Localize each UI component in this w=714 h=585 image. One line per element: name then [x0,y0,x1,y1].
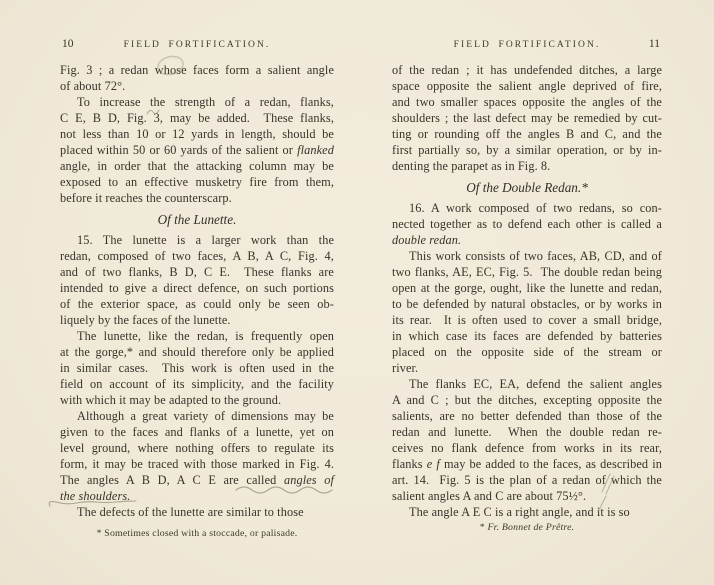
text-line: exposed to an effective musketry fire fr… [60,174,334,190]
text-line: with which it may be adapted to the grou… [60,392,334,408]
running-header: FIELD FORTIFICATION. [392,38,662,50]
text-line: not less than 10 or 12 yards in length, … [60,126,334,142]
text-line: denting the parapet as in Fig. 8. [392,158,662,174]
text-line: C E, B D, Fig. 3, may be added. These fl… [60,110,334,126]
text-line: placed on the opposite side of the strea… [392,344,662,360]
text-line: Although a great variety of dimensions m… [60,408,334,424]
text-line: nected together as to defend each other … [392,216,662,232]
text-line: flanks e f may be added to the faces, as… [392,456,662,472]
text-line: This work consists of two faces, AB, CD,… [392,248,662,264]
text-line: first partially so, by a similar operati… [392,142,662,158]
text-line: of the redan ; it has undefended ditches… [392,62,662,78]
text-line: shoulders ; the last defect may be remed… [392,110,662,126]
page-number: 11 [649,38,660,50]
text-line: To increase the strength of a redan, fla… [60,94,334,110]
text-line: The angle A E C is a right angle, and it… [392,504,662,520]
page-header: 10 FIELD FORTIFICATION. [60,38,334,54]
text-line: river. [392,360,662,376]
text-line: in similar cases. This work is often use… [60,360,334,376]
book-scan-spread: 10 FIELD FORTIFICATION. Fig. 3 ; a redan… [0,0,714,585]
page-body: of the redan ; it has undefended ditches… [392,62,662,520]
running-header: FIELD FORTIFICATION. [60,38,334,50]
page-body: Fig. 3 ; a redan whose faces form a sali… [60,62,334,520]
text-line: at the gorge,* and should therefore only… [60,344,334,360]
text-line: ting or rounding off the angles B and C,… [392,126,662,142]
text-line: the shoulders. [60,488,334,504]
section-heading: Of the Double Redan.* [392,180,662,196]
text-line: its rear. It is often used to cover a sm… [392,312,662,328]
text-line: The flanks EC, EA, defend the salient an… [392,376,662,392]
text-line: 16. A work composed of two redans, so co… [392,200,662,216]
text-line: level ground, where nothing offers to re… [60,440,334,456]
text-line: space opposite the salient angle deprive… [392,78,662,94]
page-number: 10 [62,38,74,50]
text-line: open at the gorge, ought, like the lunet… [392,280,662,296]
page-left: 10 FIELD FORTIFICATION. Fig. 3 ; a redan… [60,38,334,520]
text-line: salient angles A and C are about 75½°. [392,488,662,504]
text-line: angle, in order that the attacking colum… [60,158,334,174]
text-line: A and C ; but the ditches, excepting opp… [392,392,662,408]
text-line: The angles A B D, A C E are called angle… [60,472,334,488]
text-line: Fig. 3 ; a redan whose faces form a sali… [60,62,334,78]
footnote: * Fr. Bonnet de Prêtre. [392,522,662,533]
text-line: 15. The lunette is a larger work than th… [60,232,334,248]
text-line: and of two flanks, B D, C E. These flank… [60,264,334,280]
footnote: * Sometimes closed with a stoccade, or p… [60,528,334,539]
text-line: ceives no flank defence from works in it… [392,440,662,456]
text-line: of the exterior space, as could only be … [60,296,334,312]
text-line: double redan. [392,232,662,248]
text-line: intended to give a direct defence, on su… [60,280,334,296]
text-line: placed within 50 or 60 yards of the sali… [60,142,334,158]
page-header: FIELD FORTIFICATION. 11 [392,38,662,54]
section-heading: Of the Lunette. [60,212,334,228]
text-line: redan, composed of two faces, A B, A C, … [60,248,334,264]
text-line: form, it may be traced with those marked… [60,456,334,472]
text-line: of about 72°. [60,78,334,94]
text-line: before it reaches the counterscarp. [60,190,334,206]
text-line: given to the faces and flanks of a lunet… [60,424,334,440]
text-line: and two smaller spaces opposite the angl… [392,94,662,110]
text-line: The defects of the lunette are similar t… [60,504,334,520]
text-line: two flanks, AE, EC, Fig. 5. The double r… [392,264,662,280]
text-line: liquely by the faces of the lunette. [60,312,334,328]
text-line: to be defended by natural obstacles, or … [392,296,662,312]
page-right: FIELD FORTIFICATION. 11 of the redan ; i… [392,38,662,520]
text-line: field on account of its simplicity, and … [60,376,334,392]
text-line: in which case its faces are defended by … [392,328,662,344]
text-line: salients, are no better defended than th… [392,408,662,424]
text-line: art. 14. Fig. 5 is the plan of a redan o… [392,472,662,488]
text-line: redan and lunette. When the double redan… [392,424,662,440]
text-line: The lunette, like the redan, is frequent… [60,328,334,344]
